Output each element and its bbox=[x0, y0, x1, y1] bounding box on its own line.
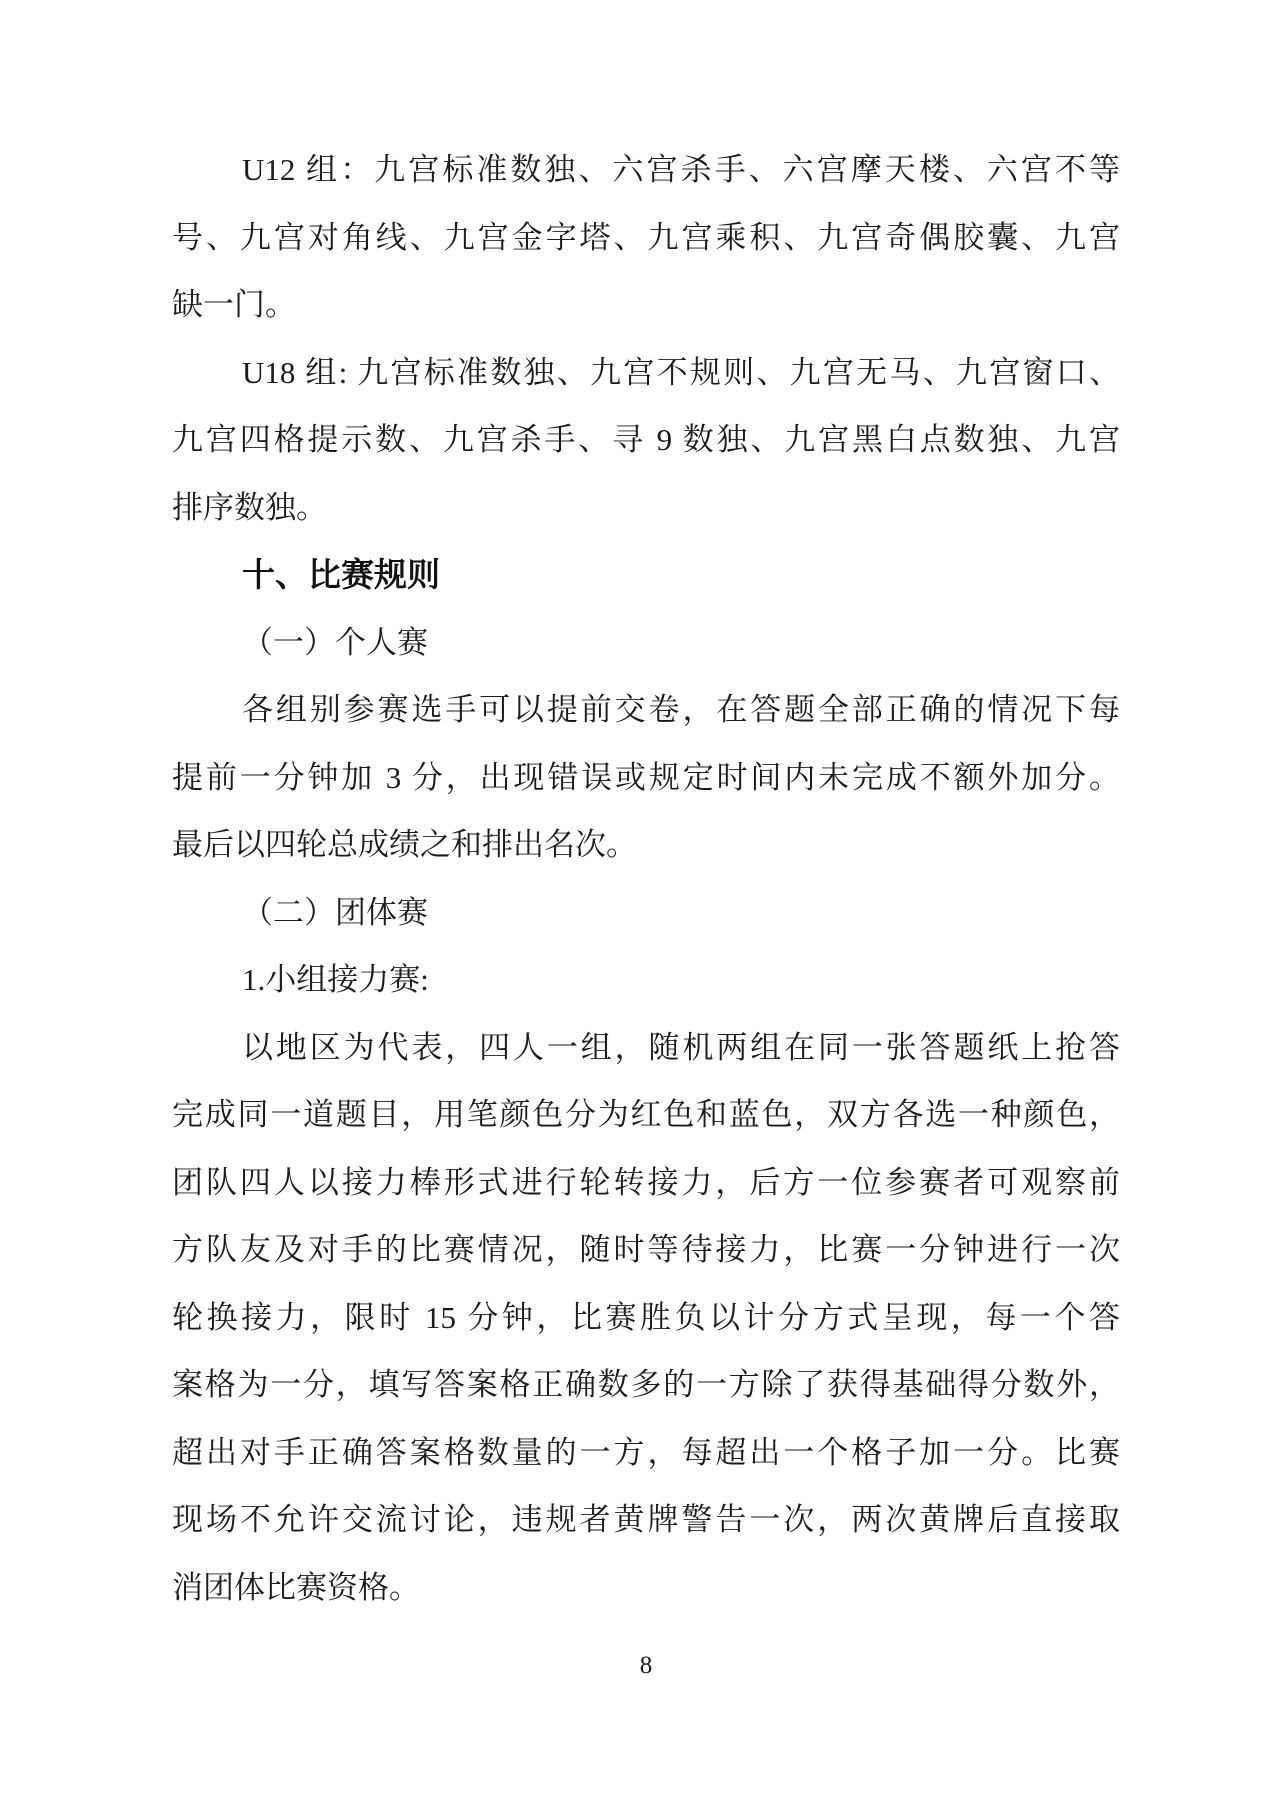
text-line: 排序数独。 bbox=[172, 474, 1120, 542]
document-page: U12 组：九宫标准数独、六宫杀手、六宫摩天楼、六宫不等号、九宫对角线、九宫金字… bbox=[0, 0, 1280, 1810]
page-number: 8 bbox=[172, 1650, 1120, 1682]
text-line: 1.小组接力赛: bbox=[172, 946, 1120, 1014]
text-line: 最后以四轮总成绩之和排出名次。 bbox=[172, 811, 1120, 879]
text-line: 九宫四格提示数、九宫杀手、寻 9 数独、九宫黑白点数独、九宫 bbox=[172, 406, 1120, 474]
heading-section-10: 十、比赛规则 bbox=[172, 541, 1120, 609]
subheading-team: （二）团体赛 bbox=[172, 879, 1120, 947]
para-u12-group: U12 组：九宫标准数独、六宫杀手、六宫摩天楼、六宫不等号、九宫对角线、九宫金字… bbox=[172, 136, 1120, 339]
text-line: 消团体比赛资格。 bbox=[172, 1554, 1120, 1622]
text-line: （一）个人赛 bbox=[172, 609, 1120, 677]
text-line: 以地区为代表，四人一组，随机两组在同一张答题纸上抢答 bbox=[172, 1014, 1120, 1082]
text-line: U12 组：九宫标准数独、六宫杀手、六宫摩天楼、六宫不等 bbox=[172, 136, 1120, 204]
text-line: 案格为一分，填写答案格正确数多的一方除了获得基础得分数外， bbox=[172, 1351, 1120, 1419]
subheading-individual: （一）个人赛 bbox=[172, 609, 1120, 677]
text-line: U18 组: 九宫标准数独、九宫不规则、九宫无马、九宫窗口、 bbox=[172, 339, 1120, 407]
page-number-value: 8 bbox=[640, 1652, 653, 1679]
text-line: 各组别参赛选手可以提前交卷，在答题全部正确的情况下每 bbox=[172, 676, 1120, 744]
text-line: 超出对手正确答案格数量的一方，每超出一个格子加一分。比赛 bbox=[172, 1419, 1120, 1487]
text-line: 号、九宫对角线、九宫金字塔、九宫乘积、九宫奇偶胶囊、九宫 bbox=[172, 204, 1120, 272]
text-line: （二）团体赛 bbox=[172, 879, 1120, 947]
text-line: 十、比赛规则 bbox=[172, 541, 1120, 609]
text-block: U12 组：九宫标准数独、六宫杀手、六宫摩天楼、六宫不等号、九宫对角线、九宫金字… bbox=[172, 136, 1120, 1621]
text-line: 缺一门。 bbox=[172, 271, 1120, 339]
para-individual-rules: 各组别参赛选手可以提前交卷，在答题全部正确的情况下每提前一分钟加 3 分，出现错… bbox=[172, 676, 1120, 879]
text-line: 轮换接力，限时 15 分钟，比赛胜负以计分方式呈现，每一个答 bbox=[172, 1284, 1120, 1352]
para-relay-rules: 以地区为代表，四人一组，随机两组在同一张答题纸上抢答完成同一道题目，用笔颜色分为… bbox=[172, 1014, 1120, 1622]
text-line: 提前一分钟加 3 分，出现错误或规定时间内未完成不额外加分。 bbox=[172, 744, 1120, 812]
subheading-relay: 1.小组接力赛: bbox=[172, 946, 1120, 1014]
text-line: 方队友及对手的比赛情况，随时等待接力，比赛一分钟进行一次 bbox=[172, 1216, 1120, 1284]
text-line: 完成同一道题目，用笔颜色分为红色和蓝色，双方各选一种颜色， bbox=[172, 1081, 1120, 1149]
text-line: 现场不允许交流讨论，违规者黄牌警告一次，两次黄牌后直接取 bbox=[172, 1486, 1120, 1554]
text-line: 团队四人以接力棒形式进行轮转接力，后方一位参赛者可观察前 bbox=[172, 1149, 1120, 1217]
para-u18-group: U18 组: 九宫标准数独、九宫不规则、九宫无马、九宫窗口、九宫四格提示数、九宫… bbox=[172, 339, 1120, 542]
